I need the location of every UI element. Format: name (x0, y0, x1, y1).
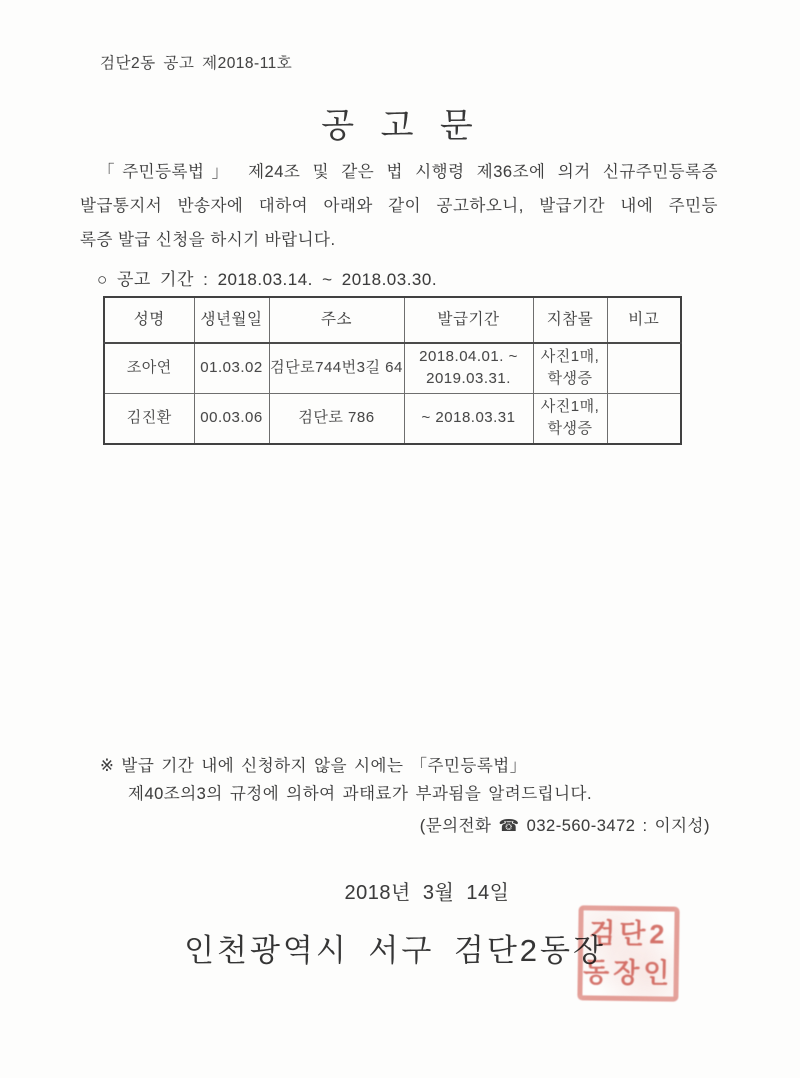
table-header-row: 성명 생년월일 주소 발급기간 지참물 비고 (104, 297, 681, 343)
cell-issue-period: ~ 2018.03.31 (404, 393, 533, 444)
notice-table: 성명 생년월일 주소 발급기간 지참물 비고 조아연 01.03.02 검단로7… (103, 296, 682, 445)
seal-text-row: 검단2 (589, 919, 669, 950)
penalty-warning-line-1: ※ 발급 기간 내에 신청하지 않을 시에는 「주민등록법」 (100, 752, 592, 780)
page-title: 공 고 문 (0, 98, 800, 147)
cell-name: 조아연 (104, 343, 194, 393)
header-name: 성명 (104, 297, 194, 343)
cell-issue-period: 2018.04.01. ~ 2019.03.31. (404, 343, 533, 393)
penalty-warning-line-2: 제40조의3의 규정에 의하여 과태료가 부과됨을 알려드립니다. (100, 780, 592, 808)
table-row: 김진환 00.03.06 검단로 786 ~ 2018.03.31 사진1매, … (104, 393, 681, 444)
penalty-warning: ※ 발급 기간 내에 신청하지 않을 시에는 「주민등록법」 제40조의3의 규… (100, 752, 592, 808)
header-remarks: 비고 (607, 297, 681, 343)
header-birthdate: 생년월일 (194, 297, 269, 343)
cell-birthdate: 01.03.02 (194, 343, 269, 393)
seal-text-row: 동장인 (583, 957, 674, 988)
official-seal-stamp: 검단2 동장인 (577, 905, 679, 1001)
intro-paragraph: 「주민등록법」 제24조 및 같은 법 시행령 제36조에 의거 신규주민등록증… (80, 155, 718, 257)
intro-line-1: 「주민등록법」 제24조 및 같은 법 시행령 제36조에 의거 신규주민등록증 (80, 155, 718, 189)
contact-phone-line: (문의전화 ☎ 032-560-3472 : 이지성) (300, 812, 710, 836)
cell-remarks (607, 393, 681, 444)
cell-birthdate: 00.03.06 (194, 393, 269, 444)
table-row: 조아연 01.03.02 검단로744번3길 64 2018.04.01. ~ … (104, 343, 681, 393)
cell-name: 김진환 (104, 393, 194, 444)
intro-line-3: 록증 발급 신청을 하시기 바랍니다. (80, 223, 718, 257)
cell-items-to-bring: 사진1매, 학생증 (533, 393, 607, 444)
issue-date: 2018년 3월 14일 (27, 876, 800, 905)
header-items-to-bring: 지참물 (533, 297, 607, 343)
cell-items-to-bring: 사진1매, 학생증 (533, 343, 607, 393)
document-number: 검단2동 공고 제2018-11호 (100, 51, 292, 73)
intro-line-2: 발급통지서 반송자에 대하여 아래와 같이 공고하오니, 발급기간 내에 주민등 (80, 189, 718, 223)
document-page: 검단2동 공고 제2018-11호 공 고 문 「주민등록법」 제24조 및 같… (0, 0, 800, 1078)
cell-remarks (607, 343, 681, 393)
notice-period-line: ○ 공고 기간 : 2018.03.14. ~ 2018.03.30. (97, 265, 437, 290)
cell-address: 검단로744번3길 64 (269, 343, 404, 393)
header-address: 주소 (269, 297, 404, 343)
cell-address: 검단로 786 (269, 393, 404, 444)
header-issue-period: 발급기간 (404, 297, 533, 343)
